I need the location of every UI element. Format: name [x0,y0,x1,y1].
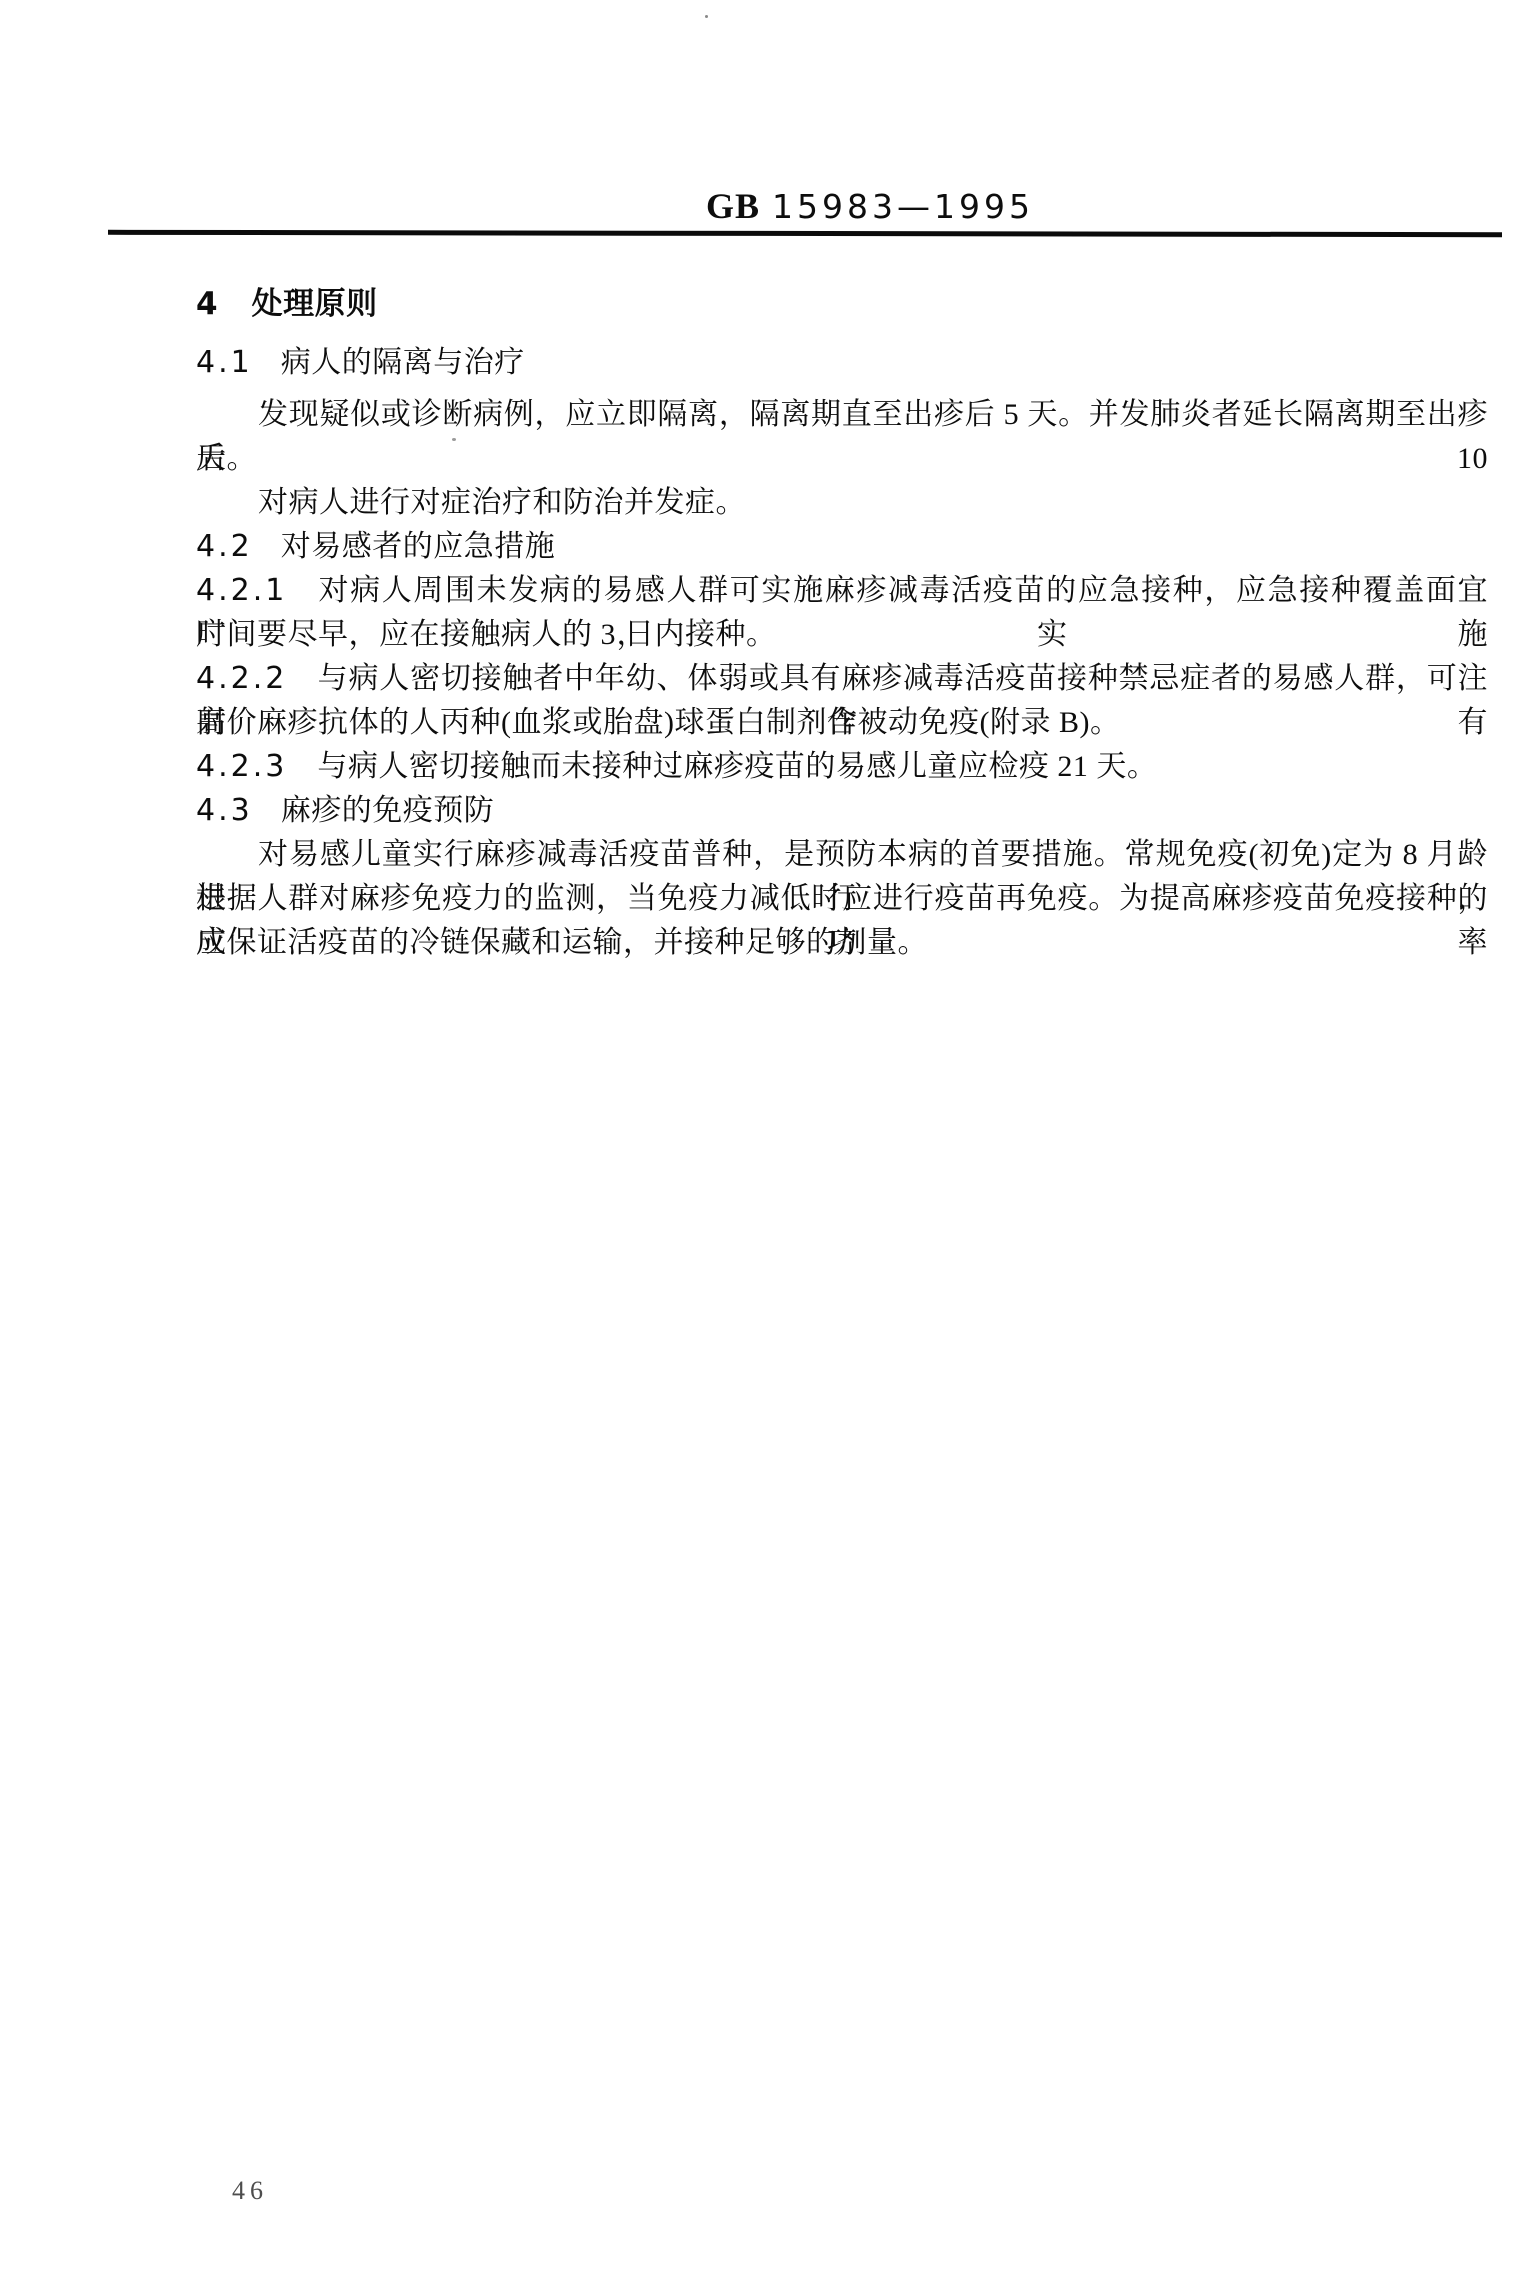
line-text: 病人的隔离与治疗 [281,346,525,379]
standard-code-header: GB15983—1995 [706,186,1034,234]
standard-code-number: 15983—1995 [772,187,1034,226]
header-rule [108,230,1502,237]
line-text: 天。 [196,442,257,475]
clause-heading: 4.2对易感者的应急措施 [196,525,1488,569]
paragraph-line: 对病人进行对症治疗和防治并发症。 [196,481,1488,525]
clause-line: 4.2.1对病人周围未发病的易感人群可实施麻疹减毒活疫苗的应急接种，应急接种覆盖… [196,569,1488,613]
clause-number: 4 [196,286,218,322]
line-text: 高价麻疹抗体的人丙种(血浆或胎盘)球蛋白制剂作被动免疫(附录 B)。 [196,706,1120,739]
paragraph-line: 对易感儿童实行麻疹减毒活疫苗普种，是预防本病的首要措施。常规免疫(初免)定为 8… [196,833,1488,877]
standard-code-prefix: GB [706,186,760,226]
line-text: 麻疹的免疫预防 [281,794,495,827]
document-body: 4处理原则4.1病人的隔离与治疗发现疑似或诊断病例，应立即隔离，隔离期直至出疹后… [196,282,1488,965]
clause-number: 4.3 [196,793,253,828]
document-page: GB15983—1995 4处理原则4.1病人的隔离与治疗发现疑似或诊断病例，应… [0,0,1536,2285]
line-text: 对病人进行对症治疗和防治并发症。 [258,486,746,519]
line-text: 对易感者的应急措施 [281,530,556,563]
clause-heading: 4.1病人的隔离与治疗 [196,341,1488,385]
paragraph-line: 根据人群对麻疹免疫力的监测，当免疫力减低时应进行疫苗再免疫。为提高麻疹疫苗免疫接… [196,877,1488,921]
clause-heading: 4.3麻疹的免疫预防 [196,789,1488,833]
line-text: 时间要尽早，应在接触病人的 3 日内接种。 [196,618,777,651]
line-text: 应保证活疫苗的冷链保藏和运输，并接种足够的剂量。 [196,926,928,959]
clause-number: 4.1 [196,345,253,380]
line-text: 与病人密切接触而未接种过麻疹疫苗的易感儿童应检疫 21 天。 [317,750,1157,783]
line-text: 处理原则 [252,286,378,321]
clause-number: 4.2.1 [196,573,287,608]
scan-speck [705,15,708,18]
clause-number: 4.2 [196,529,253,564]
page-number: 46 [232,2176,268,2206]
chapter-heading: 4处理原则 [196,282,1488,326]
clause-number: 4.2.2 [196,661,287,696]
clause-line: 4.2.3与病人密切接触而未接种过麻疹疫苗的易感儿童应检疫 21 天。 [196,745,1488,789]
line-text: 发现疑似或诊断病例，应立即隔离，隔离期直至出疹后 5 天。并发肺炎者延长隔离期至… [196,398,1488,475]
paragraph-line: 发现疑似或诊断病例，应立即隔离，隔离期直至出疹后 5 天。并发肺炎者延长隔离期至… [196,393,1488,437]
clause-number: 4.2.3 [196,749,287,784]
clause-line: 4.2.2与病人密切接触者中年幼、体弱或具有麻疹减毒活疫苗接种禁忌症者的易感人群… [196,657,1488,701]
